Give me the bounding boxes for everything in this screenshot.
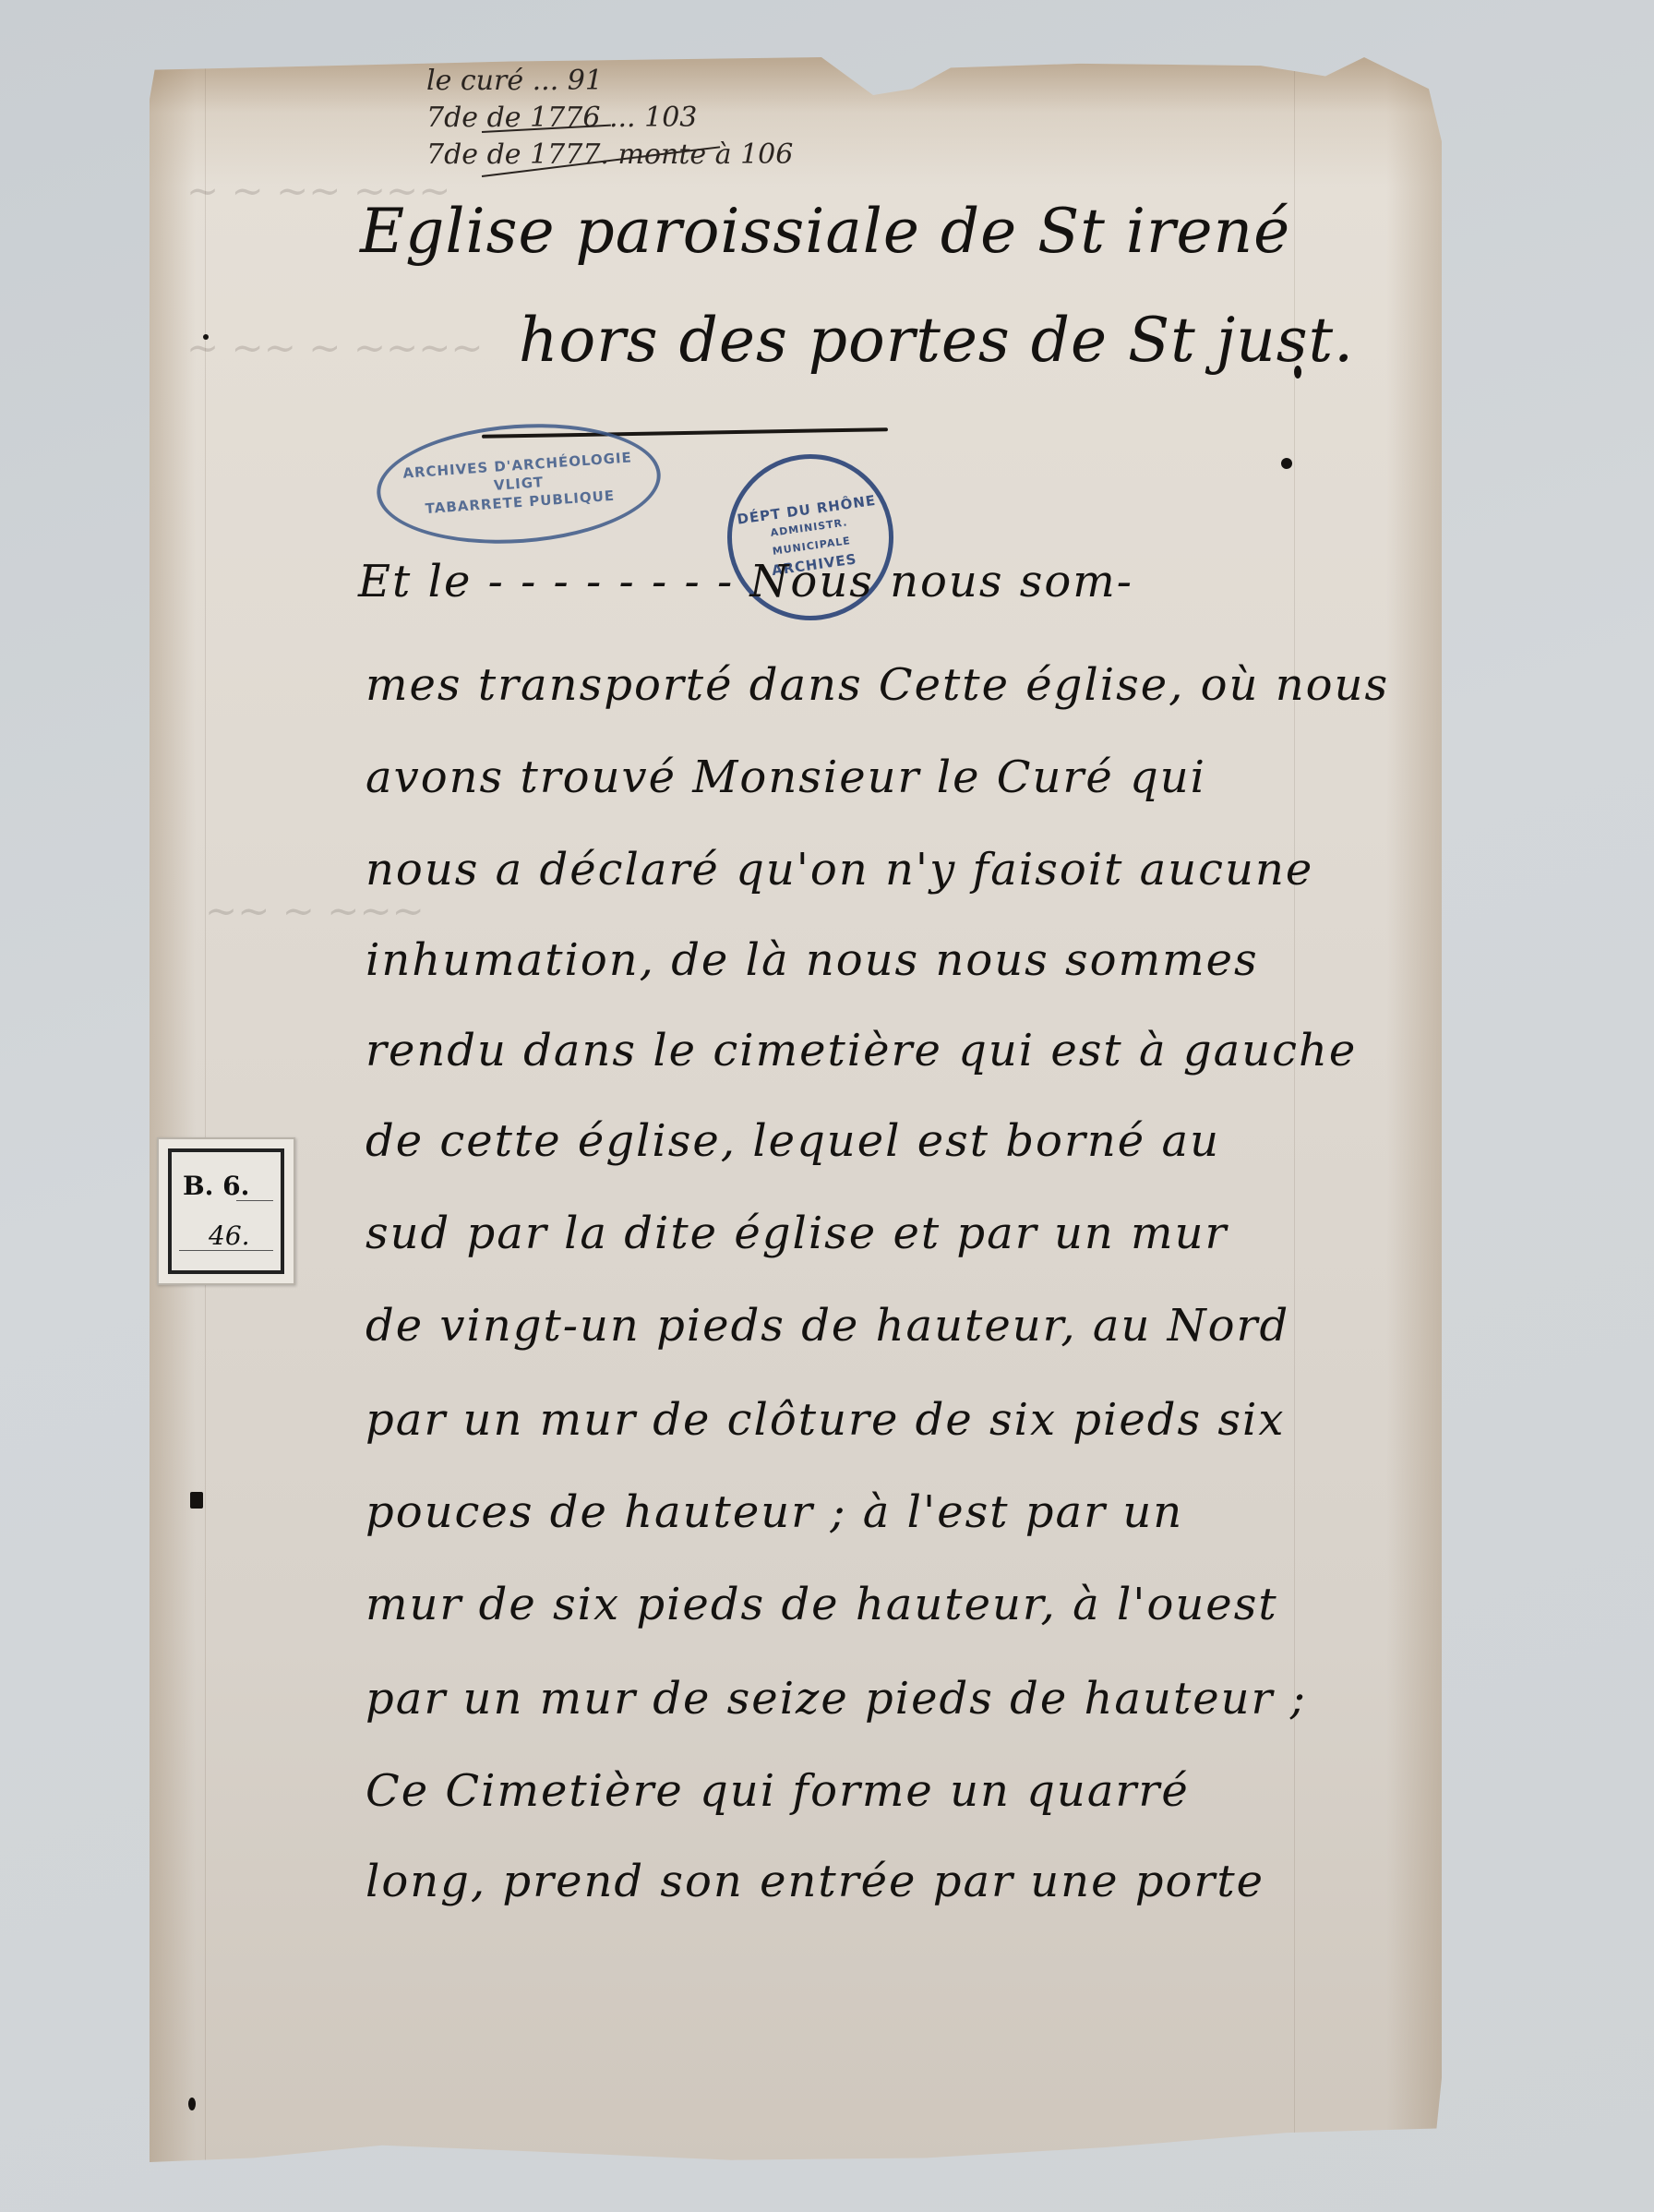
body-line: inhumation, de là nous nous sommes xyxy=(366,934,1259,986)
shelfmark-series: B. 6. xyxy=(183,1171,249,1201)
body-line: avons trouvé Monsieur le Curé qui xyxy=(366,751,1206,803)
shelfmark-label-frame: B. 6. 46. xyxy=(168,1148,284,1274)
body-line: Et le - - - - - - - - Nous nous som- xyxy=(358,556,1133,607)
ink-speck xyxy=(188,2098,196,2110)
ink-speck xyxy=(203,334,209,340)
body-line: rendu dans le cimetière qui est à gauche xyxy=(366,1025,1357,1076)
margin-note: 7de de 1777. monte à 106 xyxy=(426,137,793,174)
shelfmark-number: 46. xyxy=(209,1220,250,1251)
ink-speck xyxy=(1281,458,1292,469)
body-line: Ce Cimetière qui forme un quarré xyxy=(366,1765,1190,1817)
body-line: de cette église, lequel est borné au xyxy=(366,1115,1220,1167)
bleed-through-text: ~ ~~ ~ ~~~~ xyxy=(186,325,484,370)
manuscript-page: ~ ~ ~~ ~~~ ~ ~~ ~ ~~~~ ~~ ~ ~~~ le curé … xyxy=(150,57,1442,2162)
body-line: mes transporté dans Cette église, où nou… xyxy=(366,659,1389,711)
margin-note: 7de de 1776 ... 103 xyxy=(426,100,697,137)
document-heading-line-2: hors des portes de St just. xyxy=(519,305,1354,376)
margin-note: le curé ... 91 xyxy=(426,63,603,100)
body-line: par un mur de clôture de six pieds six xyxy=(366,1394,1285,1446)
ink-speck xyxy=(1294,366,1301,379)
fold-line xyxy=(205,57,206,2162)
shelfmark-label: B. 6. 46. xyxy=(157,1137,295,1285)
label-rule xyxy=(236,1200,273,1201)
body-line: par un mur de seize pieds de hauteur ; xyxy=(366,1673,1307,1725)
body-line: de vingt-un pieds de hauteur, au Nord xyxy=(366,1300,1289,1352)
ink-blot xyxy=(190,1492,203,1509)
body-line: pouces de hauteur ; à l'est par un xyxy=(366,1486,1183,1538)
body-line: nous a déclaré qu'on n'y faisoit aucune xyxy=(366,844,1313,896)
body-line: sud par la dite église et par un mur xyxy=(366,1208,1228,1259)
body-line: long, prend son entrée par une porte xyxy=(366,1856,1264,1907)
label-rule xyxy=(179,1250,273,1251)
document-heading-line-1: Eglise paroissiale de St irené xyxy=(360,196,1290,267)
body-line: mur de six pieds de hauteur, à l'ouest xyxy=(366,1579,1278,1630)
